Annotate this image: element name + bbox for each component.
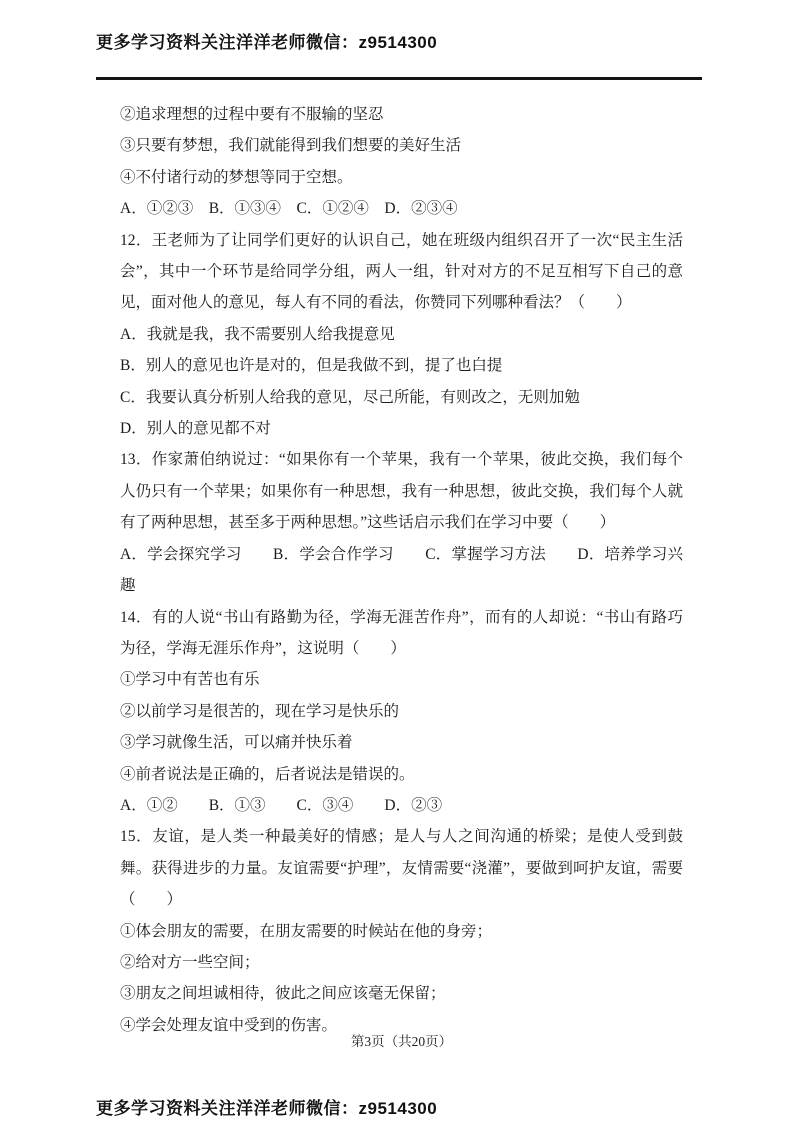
- promo-footer-text: 更多学习资料关注洋洋老师微信：z9514300: [96, 1094, 437, 1119]
- promo-header-text: 更多学习资料关注洋洋老师微信：z9514300: [96, 28, 437, 53]
- question-13-options: A．学会探究学习 B．学会合作学习 C．掌握学习方法 D．培养学习兴趣: [120, 539, 683, 602]
- question-13-stem: 13．作家萧伯纳说过：“如果你有一个苹果，我有一个苹果，彼此交换，我们每个人仍只…: [120, 444, 683, 538]
- question-11-statement-2: ②追求理想的过程中要有不服输的坚忍: [120, 99, 683, 130]
- header-divider: [96, 77, 702, 80]
- question-12-option-a: A．我就是我，我不需要别人给我提意见: [120, 319, 683, 350]
- question-15-statement-1: ①体会朋友的需要，在朋友需要的时候站在他的身旁；: [120, 916, 683, 947]
- exam-paper-page: 更多学习资料关注洋洋老师微信：z9514300 ②追求理想的过程中要有不服输的坚…: [0, 0, 800, 1131]
- question-14-statement-3: ③学习就像生活，可以痛并快乐着: [120, 727, 683, 758]
- question-15-statement-3: ③朋友之间坦诚相待，彼此之间应该毫无保留；: [120, 978, 683, 1009]
- question-14-options: A．①② B．①③ C．③④ D．②③: [120, 790, 683, 821]
- question-12-option-c: C．我要认真分析别人给我的意见，尽己所能，有则改之，无则加勉: [120, 382, 683, 413]
- question-12-stem: 12．王老师为了让同学们更好的认识自己，她在班级内组织召开了一次“民主生活会”，…: [120, 225, 683, 319]
- question-11-statement-4: ④不付诸行动的梦想等同于空想。: [120, 162, 683, 193]
- question-12-option-b: B．别人的意见也许是对的，但是我做不到，提了也白提: [120, 350, 683, 381]
- question-11-statement-3: ③只要有梦想，我们就能得到我们想要的美好生活: [120, 130, 683, 161]
- question-11-options: A．①②③ B．①③④ C．①②④ D．②③④: [120, 193, 683, 224]
- page-number: 第3页（共20页）: [120, 1030, 683, 1050]
- question-15-stem: 15．友谊，是人类一种最美好的情感；是人与人之间沟通的桥梁；是使人受到鼓舞。获得…: [120, 821, 683, 915]
- question-14-statement-1: ①学习中有苦也有乐: [120, 664, 683, 695]
- question-content: ②追求理想的过程中要有不服输的坚忍 ③只要有梦想，我们就能得到我们想要的美好生活…: [120, 99, 683, 1041]
- question-15-statement-2: ②给对方一些空间；: [120, 947, 683, 978]
- question-14-stem: 14．有的人说“书山有路勤为径，学海无涯苦作舟”，而有的人却说：“书山有路巧为径…: [120, 602, 683, 665]
- question-14-statement-2: ②以前学习是很苦的，现在学习是快乐的: [120, 696, 683, 727]
- question-12-option-d: D．别人的意见都不对: [120, 413, 683, 444]
- question-14-statement-4: ④前者说法是正确的，后者说法是错误的。: [120, 759, 683, 790]
